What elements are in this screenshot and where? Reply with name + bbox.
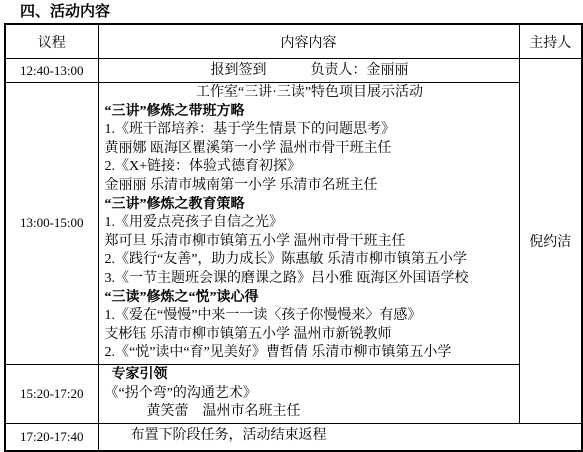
schedule-line: 1.《爱在“慢慢”中来一一读〈孩子你慢慢来〉有感》: [105, 307, 515, 326]
time-cell: 13:00-15:00: [5, 83, 98, 365]
checkin-label: 报到签到: [211, 61, 267, 81]
schedule-line: 布置下阶段任务，活动结束返程: [105, 427, 578, 446]
time-cell: 17:20-17:40: [5, 423, 98, 451]
schedule-line: 支彬钰 乐清市柳市镇第五小学 温州市新锐教师: [105, 326, 515, 345]
schedule-section-title: “三讲”修炼之带班方略: [105, 103, 515, 122]
content-cell: 布置下阶段任务，活动结束返程: [98, 423, 582, 451]
schedule-line: 黄丽娜 瓯海区瞿溪第一小学 温州市骨干班主任: [105, 140, 515, 159]
schedule-line: 工作室“三讲·三读”特色项目展示活动: [105, 84, 515, 103]
document-page: 四、活动内容 议程 内容内容 主持人 12:40-13:00 报到签到 负责人：…: [0, 4, 583, 452]
schedule-line: 郑可旦 乐清市柳市镇第五小学 温州市骨干班主任: [105, 233, 515, 252]
col-header-host: 主持人: [519, 24, 582, 59]
section-title: 四、活动内容: [20, 4, 583, 20]
col-header-content: 内容内容: [98, 24, 519, 59]
table-row-expert: 15:20-17:20 专家引领 《“拐个弯”的沟通艺术》 黄笑蕾 温州市名班主…: [5, 364, 582, 423]
time-cell: 15:20-17:20: [5, 364, 98, 423]
schedule-line: 《“拐个弯”的沟通艺术》: [105, 385, 515, 404]
checkin-manager: 负责人：金丽丽: [311, 61, 409, 81]
schedule-line: 1.《班干部培养：基于学生情景下的问题思考》: [105, 121, 515, 140]
content-cell: 工作室“三讲·三读”特色项目展示活动 “三讲”修炼之带班方略 1.《班干部培养：…: [98, 83, 519, 365]
schedule-line: 2.《X+链接：体验式德育初探》: [105, 158, 515, 177]
table-row-checkin: 12:40-13:00 报到签到 负责人：金丽丽 倪约洁: [5, 59, 582, 83]
schedule-section-title: 专家引领: [105, 366, 515, 385]
host-cell: 倪约洁: [519, 59, 582, 424]
schedule-line: 金丽丽 乐清市城南第一小学 乐清市名班主任: [105, 177, 515, 196]
col-header-agenda: 议程: [5, 24, 98, 59]
schedule-section-title: “三讲”修炼之教育策略: [105, 196, 515, 215]
schedule-line: 3.《一节主题班会课的磨课之路》吕小雅 瓯海区外国语学校: [105, 270, 515, 289]
header-row: 议程 内容内容 主持人: [5, 24, 582, 59]
time-cell: 12:40-13:00: [5, 59, 98, 83]
content-cell: 专家引领 《“拐个弯”的沟通艺术》 黄笑蕾 温州市名班主任: [98, 364, 519, 423]
schedule-table: 议程 内容内容 主持人 12:40-13:00 报到签到 负责人：金丽丽 倪约洁…: [4, 23, 583, 452]
schedule-line: 1.《用爱点亮孩子自信之光》: [105, 214, 515, 233]
schedule-section-title: “三读”修炼之“悦”读心得: [105, 289, 515, 308]
schedule-line: 2.《践行“友善”，助力成长》陈惠敏 乐清市柳市镇第五小学: [105, 251, 515, 270]
schedule-line: 黄笑蕾 温州市名班主任: [105, 403, 515, 422]
content-cell: 报到签到 负责人：金丽丽: [98, 59, 519, 83]
checkin-line: 报到签到 负责人：金丽丽: [105, 61, 515, 81]
schedule-line: 2.《“悦”读中“育”见美好》曹哲倩 乐清市柳市镇第五小学: [105, 344, 515, 363]
table-row-main-session: 13:00-15:00 工作室“三讲·三读”特色项目展示活动 “三讲”修炼之带班…: [5, 83, 582, 365]
table-row-closing: 17:20-17:40 布置下阶段任务，活动结束返程: [5, 423, 582, 451]
